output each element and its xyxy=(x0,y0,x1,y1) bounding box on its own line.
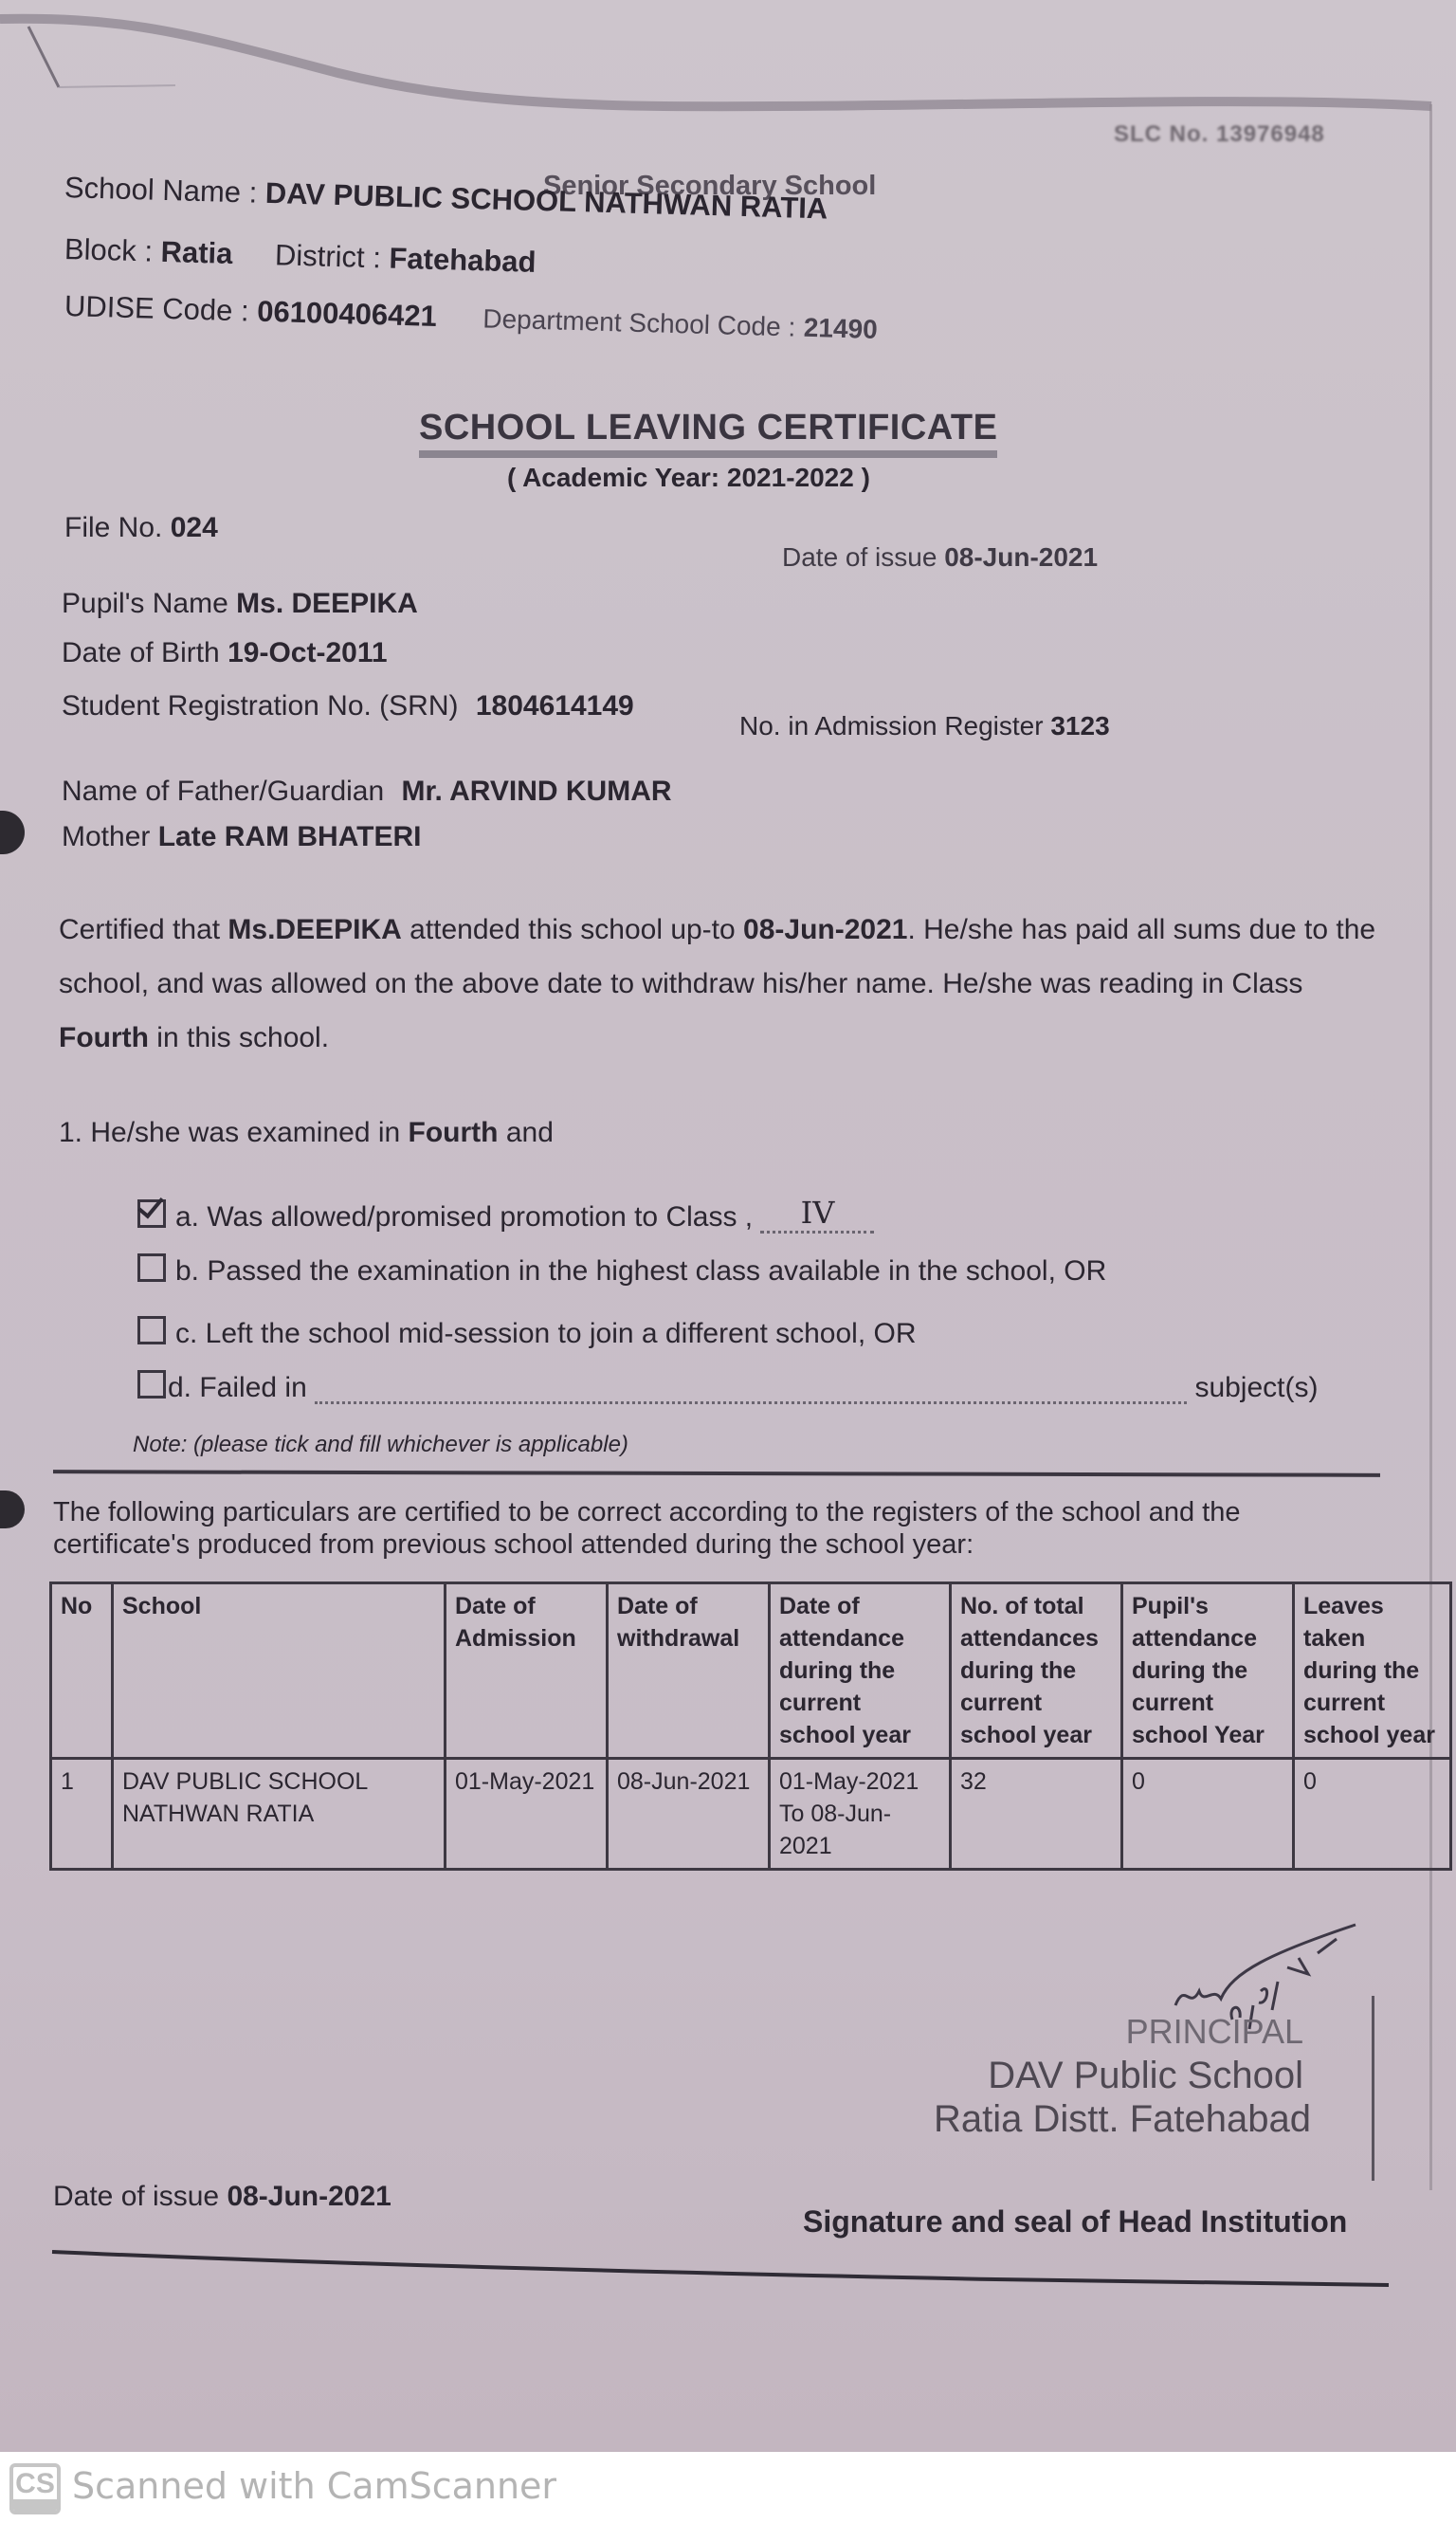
mother-name: Late RAM BHATERI xyxy=(158,821,422,852)
option-c-checkbox[interactable] xyxy=(137,1316,166,1344)
cert-pupil-name: Ms.DEEPIKA xyxy=(227,914,401,945)
stamp-school: DAV Public School xyxy=(934,2054,1303,2097)
note-text: Note: (please tick and fill whichever is… xyxy=(133,1432,628,1458)
block-label: Block : xyxy=(64,232,154,268)
pupil-name-line: Pupil's Name Ms. DEEPIKA xyxy=(62,588,418,620)
cell-total-attendances: 32 xyxy=(951,1759,1122,1870)
cert-date: 08-Jun-2021 xyxy=(743,914,907,945)
file-no-label: File No. xyxy=(64,512,162,543)
date-of-issue-top: Date of issue 08-Jun-2021 xyxy=(782,542,1098,573)
dept-code: 21490 xyxy=(803,313,878,344)
exam-text: 1. He/she was examined in xyxy=(59,1117,409,1148)
option-d[interactable]: d. Failed in subject(s) xyxy=(137,1370,1318,1404)
exam-line: 1. He/she was examined in Fourth and xyxy=(59,1117,554,1149)
srn-line: Student Registration No. (SRN) 180461414… xyxy=(62,690,634,722)
col-pupil-attendance: Pupil's attendance during the current sc… xyxy=(1122,1583,1294,1759)
option-c[interactable]: c. Left the school mid-session to join a… xyxy=(137,1316,917,1350)
certification-paragraph: Certified that Ms.DEEPIKA attended this … xyxy=(59,903,1376,1065)
srn-value: 1804614149 xyxy=(476,690,634,722)
footer-date-of-issue: Date of issue 08-Jun-2021 xyxy=(53,2181,391,2213)
cert-text: in this school. xyxy=(149,1022,329,1053)
camscanner-logo-icon: CS xyxy=(9,2463,61,2514)
col-admission-date: Date of Admission xyxy=(446,1583,608,1759)
cert-text: attended this school up-to xyxy=(402,914,743,945)
pupil-name-label: Pupil's Name xyxy=(62,588,228,619)
stamp-title: PRINCIPAL xyxy=(934,2010,1303,2054)
stamp-location: Ratia Distt. Fatehabad xyxy=(934,2097,1303,2141)
col-total-attendances: No. of total attendances during the curr… xyxy=(951,1583,1122,1759)
date-of-issue-value: 08-Jun-2021 xyxy=(944,542,1098,572)
binder-clip xyxy=(0,811,25,854)
udise-line: UDISE Code : 06100406421 Department Scho… xyxy=(64,289,878,346)
file-no: 024 xyxy=(171,512,218,543)
option-b-label: b. Passed the examination in the highest… xyxy=(175,1255,1106,1287)
table-row: 1 DAV PUBLIC SCHOOL NATHWAN RATIA 01-May… xyxy=(51,1759,1451,1870)
particulars-intro: The following particulars are certified … xyxy=(53,1496,1380,1561)
certificate-title: SCHOOL LEAVING CERTIFICATE xyxy=(419,408,997,458)
failed-subjects-fill[interactable] xyxy=(315,1375,1187,1404)
srn-label: Student Registration No. (SRN) xyxy=(62,690,459,722)
district-label: District : xyxy=(275,238,382,274)
cell-withdrawal-date: 08-Jun-2021 xyxy=(608,1759,770,1870)
signature-seal-label: Signature and seal of Head Institution xyxy=(803,2204,1347,2240)
promotion-class-fill[interactable]: IV xyxy=(760,1195,874,1234)
father-label: Name of Father/Guardian xyxy=(62,776,384,807)
option-a-checkbox[interactable] xyxy=(137,1199,166,1228)
option-b-checkbox[interactable] xyxy=(137,1253,166,1282)
slc-number: SLC No. 13976948 xyxy=(1114,121,1325,148)
udise-label: UDISE Code : xyxy=(64,289,250,327)
school-name-label: School Name : xyxy=(64,171,258,210)
option-d-suffix: subject(s) xyxy=(1194,1372,1318,1403)
stamp-border xyxy=(1372,1996,1374,2181)
principal-stamp: PRINCIPAL DAV Public School Ratia Distt.… xyxy=(934,2010,1303,2141)
cell-admission-date: 01-May-2021 xyxy=(446,1759,608,1870)
father-name: Mr. ARVIND KUMAR xyxy=(402,776,672,807)
certificate-paper: SLC No. 13976948 Senior Secondary School… xyxy=(0,0,1456,2452)
district-value: Fatehabad xyxy=(389,242,537,279)
udise-code: 06100406421 xyxy=(257,295,438,333)
cell-attendance-dates: 01-May-2021 To 08-Jun-2021 xyxy=(770,1759,951,1870)
date-of-issue-label: Date of issue xyxy=(782,542,937,572)
exam-text: and xyxy=(499,1117,554,1148)
binder-clip xyxy=(0,1490,25,1528)
option-b[interactable]: b. Passed the examination in the highest… xyxy=(137,1253,1106,1288)
cert-text: Certified that xyxy=(59,914,227,945)
option-a[interactable]: a. Was allowed/promised promotion to Cla… xyxy=(137,1195,874,1234)
logo-text: CS xyxy=(15,2468,55,2500)
option-d-checkbox[interactable] xyxy=(137,1370,166,1399)
col-school: School xyxy=(113,1583,446,1759)
col-no: No xyxy=(51,1583,113,1759)
option-a-label: a. Was allowed/promised promotion to Cla… xyxy=(175,1201,753,1233)
footer-date-value: 08-Jun-2021 xyxy=(227,2181,391,2212)
col-attendance-dates: Date of attendance during the current sc… xyxy=(770,1583,951,1759)
mother-line: Mother Late RAM BHATERI xyxy=(62,821,422,853)
col-leaves: Leaves taken during the current school y… xyxy=(1294,1583,1451,1759)
admission-no-label: No. in Admission Register xyxy=(739,711,1044,740)
option-d-label: d. Failed in xyxy=(168,1372,307,1403)
dob-line: Date of Birth 19-Oct-2011 xyxy=(62,637,388,669)
file-no-line: File No. 024 xyxy=(64,512,218,544)
block-value: Ratia xyxy=(160,235,233,270)
admission-no: 3123 xyxy=(1050,711,1109,740)
block-district-line: Block : Ratia District : Fatehabad xyxy=(64,232,536,280)
cell-pupil-attendance: 0 xyxy=(1122,1759,1294,1870)
col-withdrawal-date: Date of withdrawal xyxy=(608,1583,770,1759)
cell-school: DAV PUBLIC SCHOOL NATHWAN RATIA xyxy=(113,1759,446,1870)
footer-rule xyxy=(47,2247,1393,2294)
paper-fold-edge xyxy=(0,0,1456,114)
cert-class: Fourth xyxy=(59,1022,149,1053)
attendance-table: No School Date of Admission Date of with… xyxy=(49,1581,1452,1871)
dob-label: Date of Birth xyxy=(62,637,220,668)
option-c-label: c. Left the school mid-session to join a… xyxy=(175,1318,917,1349)
footer-date-label: Date of issue xyxy=(53,2181,219,2212)
cell-no: 1 xyxy=(51,1759,113,1870)
dob-value: 19-Oct-2011 xyxy=(227,637,387,668)
section-divider xyxy=(53,1470,1380,1477)
cell-leaves: 0 xyxy=(1294,1759,1451,1870)
camscanner-watermark: Scanned with CamScanner xyxy=(72,2465,556,2507)
father-line: Name of Father/Guardian Mr. ARVIND KUMAR xyxy=(62,776,672,808)
dept-code-label: Department School Code : xyxy=(482,303,796,341)
admission-no-line: No. in Admission Register 3123 xyxy=(739,711,1110,741)
table-header-row: No School Date of Admission Date of with… xyxy=(51,1583,1451,1759)
academic-year: ( Academic Year: 2021-2022 ) xyxy=(507,463,870,493)
paper-edge xyxy=(1429,104,1432,2190)
mother-label: Mother xyxy=(62,821,150,852)
exam-class: Fourth xyxy=(409,1117,499,1148)
pupil-name: Ms. DEEPIKA xyxy=(236,588,418,619)
